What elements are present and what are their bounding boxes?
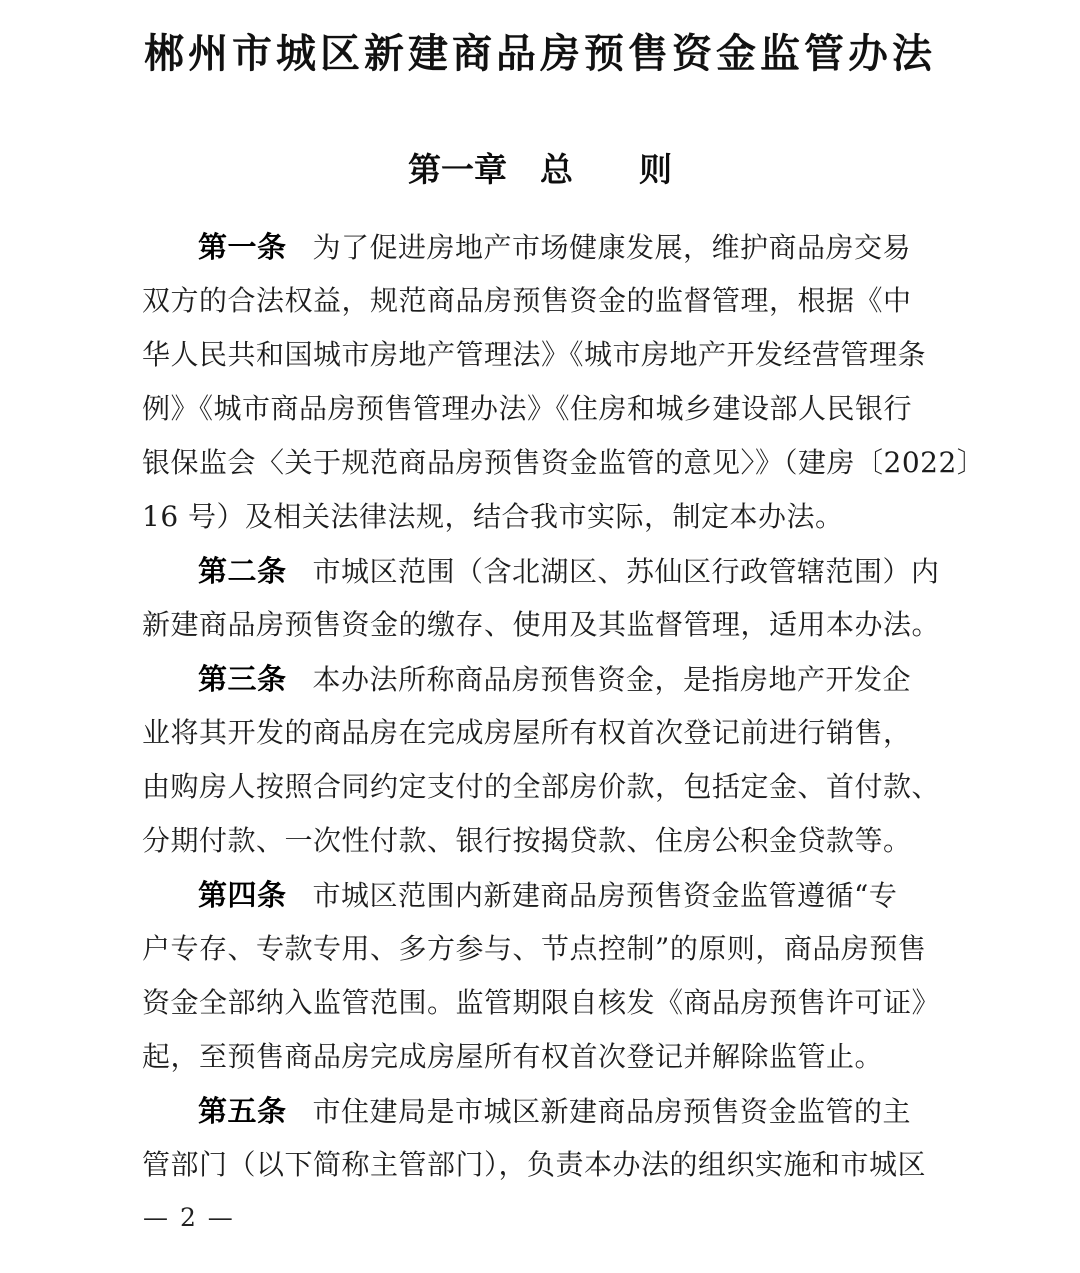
article-line-text: 市城区范围内新建商品房预售资金监管遵循“专 [313,879,898,912]
article-line: 第一条为了促进房地产市场健康发展，维护商品房交易 [142,220,942,274]
article-label: 第三条 [198,662,287,696]
article-line: 由购房人按照合同约定支付的全部房价款，包括定金、首付款、 [142,760,942,814]
document-title: 郴州市城区新建商品房预售资金监管办法 [0,22,1080,79]
article-line: 第四条市城区范围内新建商品房预售资金监管遵循“专 [142,868,942,922]
article-paragraph: 第三条本办法所称商品房预售资金，是指房地产开发企业将其开发的商品房在完成房屋所有… [142,652,942,868]
article-line: 华人民共和国城市房地产管理法》《城市房地产开发经营管理条 [142,328,942,382]
article-line: 管部门（以下简称主管部门），负责本办法的组织实施和市城区 [142,1138,942,1192]
article-line: 第五条市住建局是市城区新建商品房预售资金监管的主 [142,1084,942,1138]
chapter-heading: 第一章 总 则 [0,144,1080,191]
article-paragraph: 第四条市城区范围内新建商品房预售资金监管遵循“专户专存、专款专用、多方参与、节点… [142,868,942,1084]
article-line: 银保监会〈关于规范商品房预售资金监管的意见〉》（建房〔2022〕 [142,436,942,490]
article-label: 第二条 [198,554,287,588]
article-label: 第四条 [198,878,287,912]
article-line: 第三条本办法所称商品房预售资金，是指房地产开发企 [142,652,942,706]
article-line: 例》《城市商品房预售管理办法》《住房和城乡建设部人民银行 [142,382,942,436]
article-line-text: 本办法所称商品房预售资金，是指房地产开发企 [313,663,912,696]
article-line: 16 号）及相关法律法规，结合我市实际，制定本办法。 [142,490,942,544]
article-label: 第五条 [198,1094,287,1128]
article-paragraph: 第五条市住建局是市城区新建商品房预售资金监管的主管部门（以下简称主管部门），负责… [142,1084,942,1192]
articles: 第一条为了促进房地产市场健康发展，维护商品房交易双方的合法权益，规范商品房预售资… [142,220,942,1192]
article-line-text: 市城区范围（含北湖区、苏仙区行政管辖范围）内 [313,555,940,588]
document-page: 郴州市城区新建商品房预售资金监管办法 第一章 总 则 第一条为了促进房地产市场健… [0,0,1080,1273]
article-line: 起，至预售商品房完成房屋所有权首次登记并解除监管止。 [142,1030,942,1084]
article-paragraph: 第一条为了促进房地产市场健康发展，维护商品房交易双方的合法权益，规范商品房预售资… [142,220,942,544]
page-number: — 2 — [143,1203,235,1232]
article-paragraph: 第二条市城区范围（含北湖区、苏仙区行政管辖范围）内新建商品房预售资金的缴存、使用… [142,544,942,652]
article-label: 第一条 [198,230,287,264]
article-line: 业将其开发的商品房在完成房屋所有权首次登记前进行销售， [142,706,942,760]
article-line-text: 为了促进房地产市场健康发展，维护商品房交易 [313,231,912,264]
article-line: 双方的合法权益，规范商品房预售资金的监督管理，根据《中 [142,274,942,328]
article-line-text: 市住建局是市城区新建商品房预售资金监管的主 [313,1095,912,1128]
article-line: 资金全部纳入监管范围。监管期限自核发《商品房预售许可证》 [142,976,942,1030]
article-line: 新建商品房预售资金的缴存、使用及其监督管理，适用本办法。 [142,598,942,652]
article-line: 分期付款、一次性付款、银行按揭贷款、住房公积金贷款等。 [142,814,942,868]
article-line: 户专存、专款专用、多方参与、节点控制”的原则，商品房预售 [142,922,942,976]
article-line: 第二条市城区范围（含北湖区、苏仙区行政管辖范围）内 [142,544,942,598]
